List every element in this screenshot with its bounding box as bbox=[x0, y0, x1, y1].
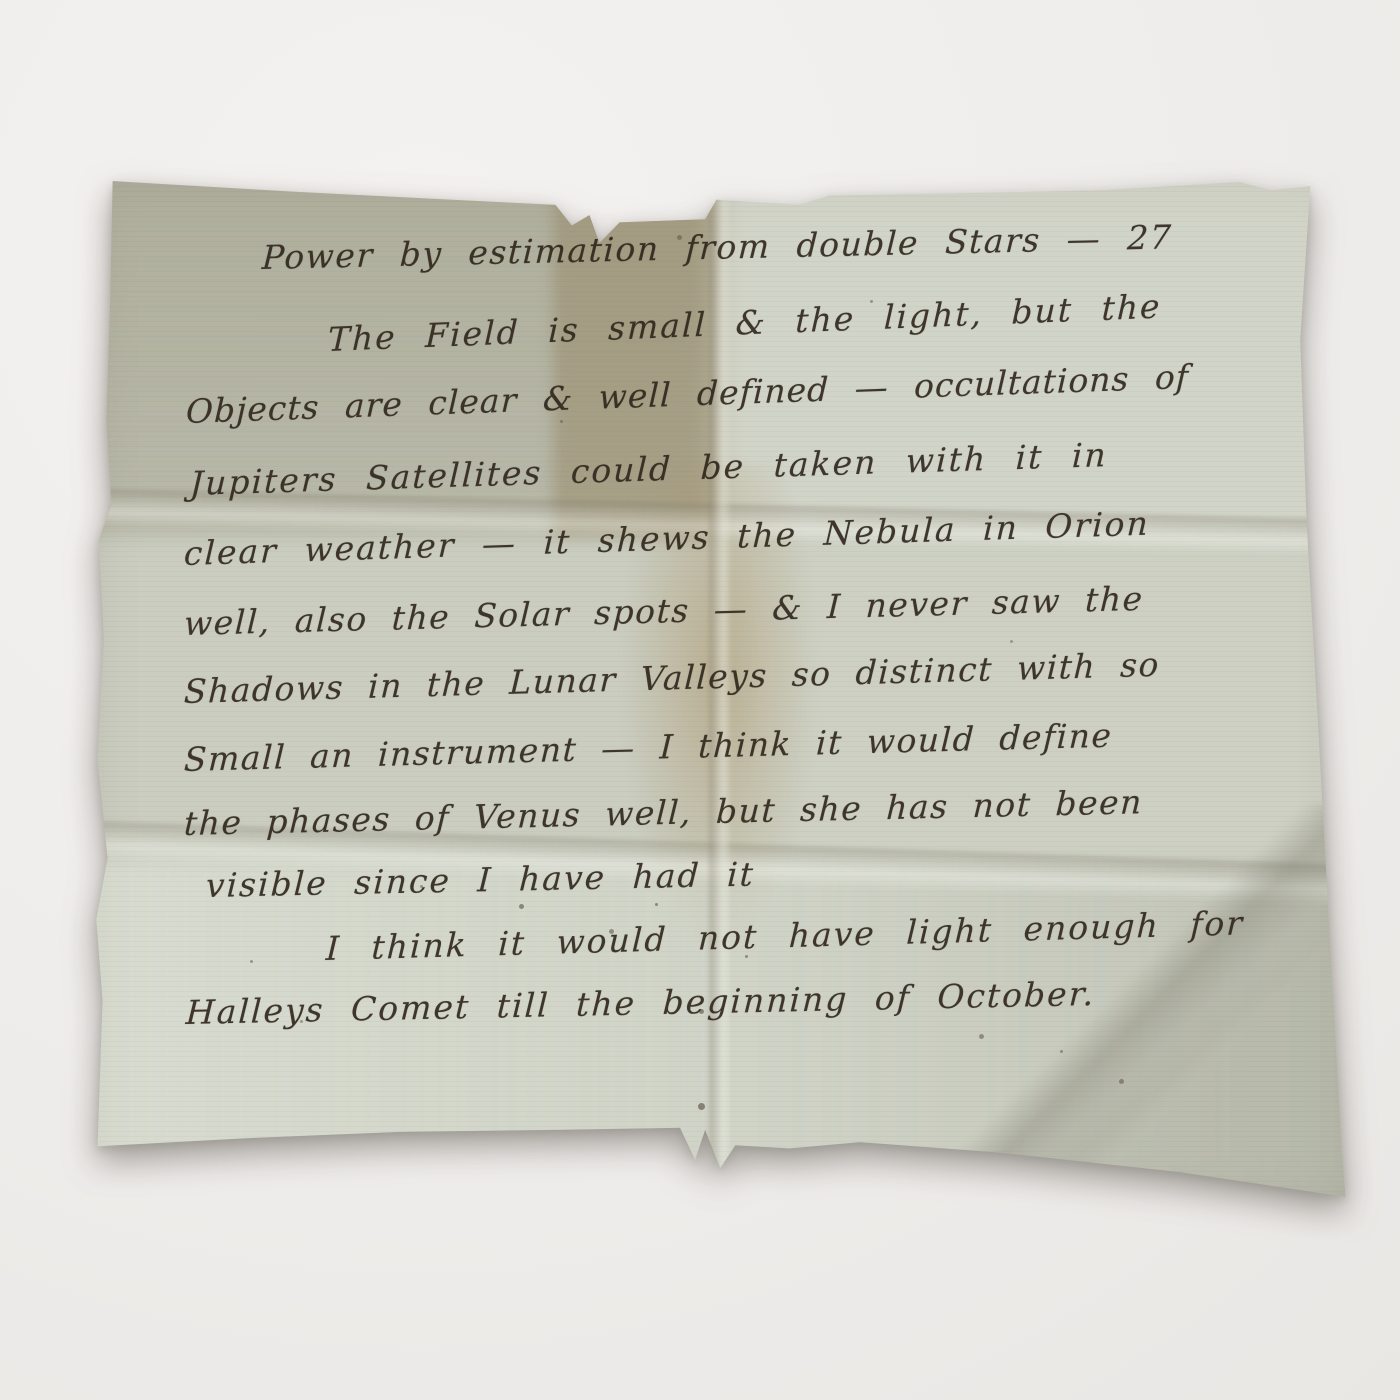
handwritten-line-8: Small an instrument — I think it would d… bbox=[183, 716, 1113, 779]
handwritten-line-6: well, also the Solar spots — & I never s… bbox=[183, 579, 1144, 643]
handwritten-line-7: Shadows in the Lunar Valleys so distinct… bbox=[183, 645, 1161, 711]
handwritten-line-4: Jupiters Satellites could be taken with … bbox=[189, 435, 1108, 503]
handwriting-layer: Power by estimation from double Stars — … bbox=[0, 0, 1400, 1400]
photograph: Power by estimation from double Stars — … bbox=[0, 0, 1400, 1400]
handwritten-line-3: Objects are clear & well defined — occul… bbox=[185, 357, 1189, 431]
handwritten-line-5: clear weather — it shews the Nebula in O… bbox=[183, 504, 1150, 573]
handwritten-line-12: Halleys Comet till the beginning of Octo… bbox=[185, 974, 1096, 1032]
handwritten-line-9: the phases of Venus well, but she has no… bbox=[183, 782, 1144, 843]
handwritten-line-1: Power by estimation from double Stars — … bbox=[261, 217, 1173, 277]
handwritten-line-10: visible since I have had it bbox=[205, 854, 756, 905]
handwritten-line-2: The Field is small & the light, but the bbox=[327, 286, 1162, 359]
handwritten-line-11: I think it would not have light enough f… bbox=[325, 903, 1245, 968]
